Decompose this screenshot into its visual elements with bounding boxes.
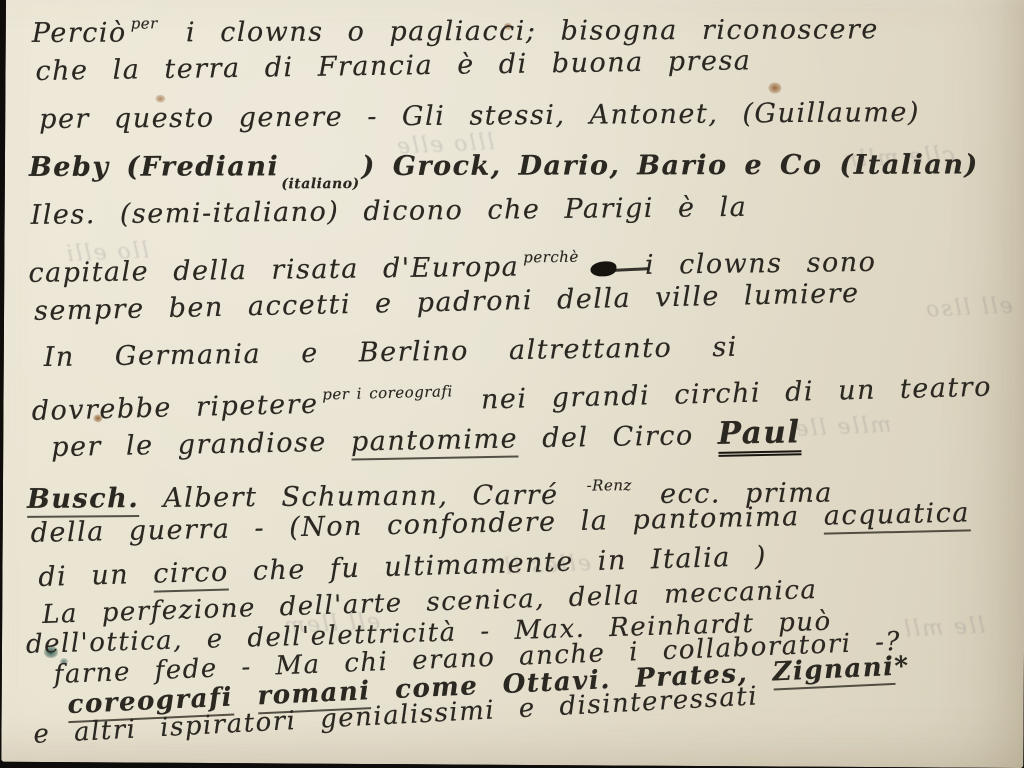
line-text: per le grandiose [51,427,351,463]
inserted-phrase: per i coreografi [322,382,453,403]
handwritten-text-block: Perciòper i clowns o pagliacci; bisogna … [23,0,1022,756]
line-text: ) Grock, Dario, Bario e Co (Italian) [362,149,979,182]
line-text: Beby (Frediani [29,151,279,183]
underlined-word: pantomime [351,423,519,460]
underlined-word: circo [153,556,229,592]
inserted-word: -Renz [587,476,632,494]
manuscript-page: lllo elle clle mllr ell llso mlle lle ll… [1,0,1024,766]
line-text: che la terra di Francia è di buona presa [35,45,751,87]
inserted-word: perchè [523,248,579,267]
line-text: Iles. (semi-italiano) dicono che Parigi … [30,192,747,231]
line-text: Perciò [32,18,127,49]
line-text: di un [38,559,154,593]
double-underlined-word: Paul [717,414,801,457]
inserted-word: per [131,14,158,32]
line-text: sempre ben accetti e padroni della ville… [34,278,860,327]
line-text: per questo genere - Gli stessi, Antonet,… [39,97,920,135]
line-text: del Circo [518,420,718,455]
handwritten-line: per questo genere - Gli stessi, Antonet,… [39,88,1021,144]
ink-blot [591,261,617,276]
